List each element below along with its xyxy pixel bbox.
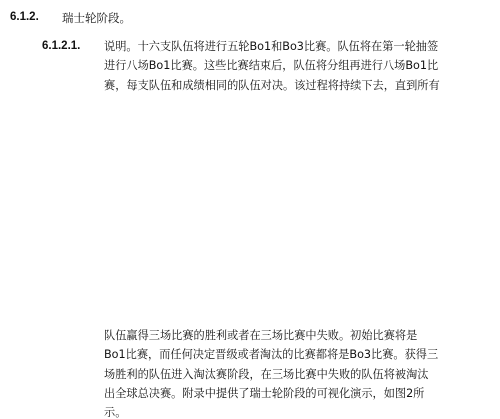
text-line: 说明。十六支队伍将进行五轮Bo1和Bo3比赛。队伍将在第一轮抽签 bbox=[104, 37, 496, 56]
text-line: 队伍赢得三场比赛的胜利或者在三场比赛中失败。初始比赛将是 bbox=[104, 326, 496, 345]
paragraph-part-2: 队伍赢得三场比赛的胜利或者在三场比赛中失败。初始比赛将是 Bo1比赛，而任何决定… bbox=[104, 326, 496, 419]
text-line: 赛，每支队伍和成绩相同的队伍对决。该过程将持续下去，直到所有 bbox=[104, 76, 496, 95]
paragraph-part-1: 说明。十六支队伍将进行五轮Bo1和Bo3比赛。队伍将在第一轮抽签 进行八场Bo1… bbox=[104, 37, 496, 95]
section-title: 瑞士轮阶段。 bbox=[62, 10, 131, 26]
text-line: Bo1比赛，而任何决定晋级或者淘汰的比赛都将是Bo3比赛。获得三 bbox=[104, 345, 496, 364]
text-line: 示。 bbox=[104, 403, 496, 419]
section-number: 6.1.2. bbox=[10, 11, 39, 23]
text-line: 出全球总决赛。附录中提供了瑞士轮阶段的可视化演示，如图2所 bbox=[104, 384, 496, 403]
text-line: 场胜利的队伍进入淘汰赛阶段，在三场比赛中失败的队伍将被淘汰 bbox=[104, 365, 496, 384]
text-line: 进行八场Bo1比赛。这些比赛结束后，队伍将分组再进行八场Bo1比 bbox=[104, 56, 496, 75]
subsection-number: 6.1.2.1. bbox=[42, 40, 80, 52]
